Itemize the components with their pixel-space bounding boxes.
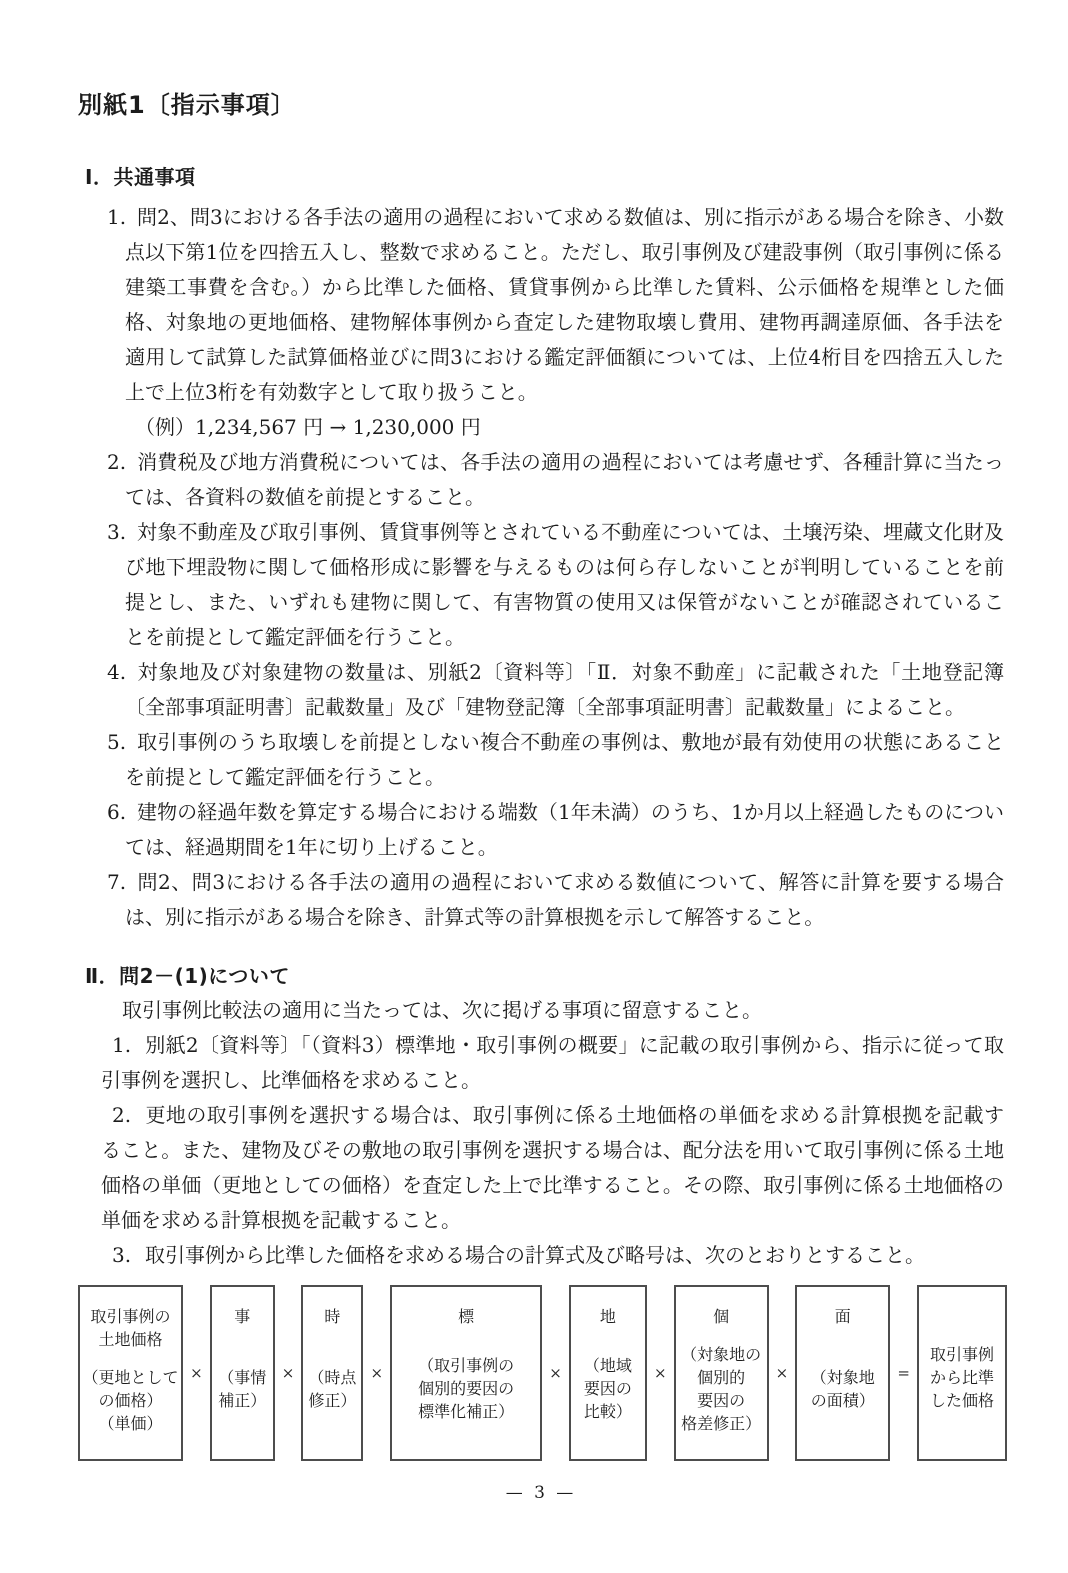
formula-box-body: （時点 修正） (308, 1328, 356, 1449)
item-number: 5. (107, 725, 137, 760)
item-number: 2. (107, 445, 137, 480)
item-number: 3. (107, 515, 137, 550)
list-item: 1.問2、問3における各手法の適用の過程において求める数値は、別に指示がある場合… (107, 200, 1004, 410)
comparison-formula-diagram: 取引事例の 土地価格 （更地として の価格） （単価） × 事 （事情 補正） … (78, 1285, 1007, 1461)
formula-box-transaction-land-price: 取引事例の 土地価格 （更地として の価格） （単価） (78, 1285, 183, 1461)
list-item: 2.更地の取引事例を選択する場合は、取引事例に係る土地価格の単価を求める計算根拠… (101, 1098, 1004, 1238)
section-common-matters: Ⅰ．共通事項 1.問2、問3における各手法の適用の過程において求める数値は、別に… (78, 164, 1004, 935)
page-title: 別紙1〔指示事項〕 (78, 90, 1004, 120)
list-item: 1.別紙2〔資料等〕「（資料3）標準地・取引事例の概要」に記載の取引事例から、指… (101, 1028, 1004, 1098)
item-text: 問2、問3における各手法の適用の過程において求める数値について、解答に計算を要す… (125, 870, 1004, 929)
equals-operator: = (890, 1285, 917, 1461)
item-number: 2. (112, 1098, 145, 1133)
section2-heading: Ⅱ．問2－(1)について (85, 963, 1004, 989)
item-text: 建物の経過年数を算定する場合における端数（1年未満）のうち、1か月以上経過したも… (125, 800, 1004, 859)
list-item: 3.対象不動産及び取引事例、賃貸事例等とされている不動産については、土壌汚染、埋… (107, 515, 1004, 655)
multiply-operator: × (769, 1285, 796, 1461)
section2-intro: 取引事例比較法の適用に当たっては、次に掲げる事項に留意すること。 (122, 993, 1004, 1028)
item-number: 4. (107, 655, 137, 690)
section-question2-1: Ⅱ．問2－(1)について 取引事例比較法の適用に当たっては、次に掲げる事項に留意… (78, 963, 1004, 1273)
item-number: 7. (107, 865, 137, 900)
list-item: 5.取引事例のうち取壊しを前提としない複合不動産の事例は、敷地が最有効使用の状態… (107, 725, 1004, 795)
item-text: 取引事例から比準した価格を求める場合の計算式及び略号は、次のとおりとすること。 (145, 1243, 925, 1267)
formula-box-head: 面 (835, 1305, 851, 1328)
formula-box-head: 時 (324, 1305, 340, 1328)
multiply-operator: × (275, 1285, 302, 1461)
page-number: — 3 — (78, 1483, 1004, 1503)
formula-box-circumstance-correction: 事 （事情 補正） (210, 1285, 275, 1461)
item-text: 別紙2〔資料等〕「（資料3）標準地・取引事例の概要」に記載の取引事例から、指示に… (101, 1033, 1004, 1092)
formula-box-body: （対象地 の面積） (811, 1328, 875, 1449)
formula-box-head: 事 (234, 1305, 250, 1328)
item-number: 3. (112, 1238, 145, 1273)
list-item: 4.対象地及び対象建物の数量は、別紙2〔資料等〕「Ⅱ．対象不動産」に記載された「… (107, 655, 1004, 725)
item-text: 取引事例のうち取壊しを前提としない複合不動産の事例は、敷地が最有効使用の状態にあ… (125, 730, 1004, 789)
formula-box-head: 個 (713, 1305, 729, 1328)
formula-box-body: （更地として の価格） （単価） (82, 1351, 178, 1449)
formula-box-head: 標 (458, 1305, 474, 1328)
formula-box-individual-factor-adjustment: 個 （対象地の 個別的 要因の 格差修正） (674, 1285, 769, 1461)
formula-box-body: （取引事例の 個別的要因の 標準化補正） (418, 1328, 514, 1449)
list-item: 2.消費税及び地方消費税については、各手法の適用の過程においては考慮せず、各種計… (107, 445, 1004, 515)
multiply-operator: × (363, 1285, 390, 1461)
list-item: 7.問2、問3における各手法の適用の過程において求める数値について、解答に計算を… (107, 865, 1004, 935)
item-text: 対象地及び対象建物の数量は、別紙2〔資料等〕「Ⅱ．対象不動産」に記載された「土地… (125, 660, 1004, 719)
formula-box-standardization-correction: 標 （取引事例の 個別的要因の 標準化補正） (390, 1285, 542, 1461)
formula-box-body: （地域 要因の 比較） (584, 1328, 632, 1449)
formula-box-regional-factor-comparison: 地 （地域 要因の 比較） (569, 1285, 647, 1461)
item-text: 消費税及び地方消費税については、各手法の適用の過程においては考慮せず、各種計算に… (125, 450, 1004, 509)
item-text: 対象不動産及び取引事例、賃貸事例等とされている不動産については、土壌汚染、埋蔵文… (125, 520, 1004, 649)
item-number: 1. (107, 200, 137, 235)
list-item: 3.取引事例から比準した価格を求める場合の計算式及び略号は、次のとおりとすること… (101, 1238, 1004, 1273)
formula-box-body: 取引事例 から比準 した価格 (930, 1305, 994, 1449)
item-text: 更地の取引事例を選択する場合は、取引事例に係る土地価格の単価を求める計算根拠を記… (101, 1103, 1004, 1232)
formula-box-body: （対象地の 個別的 要因の 格差修正） (681, 1328, 761, 1449)
multiply-operator: × (183, 1285, 210, 1461)
formula-box-subject-land-area: 面 （対象地 の面積） (795, 1285, 890, 1461)
formula-box-head: 取引事例の 土地価格 (90, 1305, 170, 1351)
formula-box-compared-price-result: 取引事例 から比準 した価格 (917, 1285, 1007, 1461)
document-page: 別紙1〔指示事項〕 Ⅰ．共通事項 1.問2、問3における各手法の適用の過程におい… (0, 0, 1068, 1573)
section1-heading: Ⅰ．共通事項 (85, 164, 1004, 190)
formula-box-body: （事情 補正） (218, 1328, 266, 1449)
multiply-operator: × (542, 1285, 569, 1461)
formula-box-head: 地 (600, 1305, 616, 1328)
formula-box-time-adjustment: 時 （時点 修正） (301, 1285, 363, 1461)
item-number: 1. (112, 1028, 145, 1063)
item-number: 6. (107, 795, 137, 830)
item-text: 問2、問3における各手法の適用の過程において求める数値は、別に指示がある場合を除… (125, 205, 1004, 404)
example-line: （例）1,234,567 円 → 1,230,000 円 (135, 410, 1004, 445)
list-item: 6.建物の経過年数を算定する場合における端数（1年未満）のうち、1か月以上経過し… (107, 795, 1004, 865)
multiply-operator: × (647, 1285, 674, 1461)
